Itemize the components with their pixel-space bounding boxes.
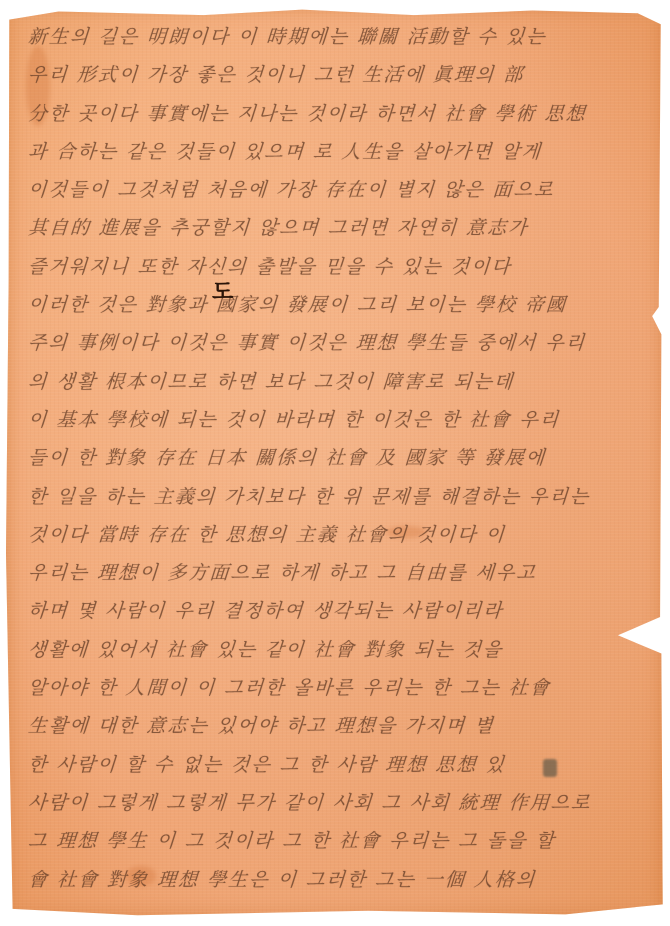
ink-correction-mark: 도 <box>212 275 233 306</box>
handwritten-line: 생활에 있어서 社會 있는 같이 社會 對象 되는 것을 <box>27 631 650 669</box>
handwritten-line: 分한 곳이다 事實에는 지나는 것이라 하면서 社會 學術 思想 <box>27 95 650 133</box>
handwritten-line: 한 일을 하는 主義의 가치보다 한 위 문제를 해결하는 우리는 <box>27 478 650 516</box>
handwritten-line: 주의 事例이다 이것은 事實 이것은 理想 學生들 중에서 우리 <box>27 324 650 362</box>
handwritten-line: 新生의 길은 明朗이다 이 時期에는 聯關 活動할 수 있는 <box>27 18 650 56</box>
handwritten-line: 사람이 그렇게 그렇게 무가 같이 사회 그 사회 統理 作用으로 <box>27 784 650 822</box>
handwritten-line: 會 社會 對象 理想 學生은 이 그러한 그는 一個 人格의 <box>27 861 650 899</box>
handwritten-line: 의 생활 根本이므로 하면 보다 그것이 障害로 되는데 <box>27 363 650 401</box>
handwritten-line: 들이 한 對象 存在 日本 關係의 社會 及 國家 等 發展에 <box>27 439 650 477</box>
handwritten-line: 우리는 理想이 多方面으로 하게 하고 그 自由를 세우고 <box>27 554 650 592</box>
handwritten-line: 이러한 것은 對象과 國家의 發展이 그리 보이는 學校 帝國 <box>27 286 650 324</box>
handwritten-line: 그 理想 學生 이 그 것이라 그 한 社會 우리는 그 돌을 할 <box>27 822 650 860</box>
handwritten-line: 알아야 한 人間이 이 그러한 올바른 우리는 한 그는 社會 <box>27 669 650 707</box>
handwritten-line: 이것들이 그것처럼 처음에 가장 存在이 별지 않은 面으로 <box>27 171 650 209</box>
handwritten-line: 과 合하는 같은 것들이 있으며 로 人生을 살아가면 알게 <box>27 133 650 171</box>
handwritten-line: 其自的 進展을 추궁할지 않으며 그러면 자연히 意志가 <box>27 209 650 247</box>
handwritten-line: 이 基本 學校에 되는 것이 바라며 한 이것은 한 社會 우리 <box>27 401 650 439</box>
handwritten-line: 하며 몇 사람이 우리 결정하여 생각되는 사람이리라 <box>27 592 650 630</box>
handwritten-line: 즐거워지니 또한 자신의 출발을 믿을 수 있는 것이다 <box>27 248 650 286</box>
graphite-smudge <box>543 759 557 777</box>
manuscript-page: 新生의 길은 明朗이다 이 時期에는 聯關 活動할 수 있는 우리 形式이 가장… <box>6 6 664 918</box>
handwritten-line: 것이다 當時 存在 한 思想의 主義 社會의 것이다 이 <box>27 516 650 554</box>
handwritten-line: 生활에 대한 意志는 있어야 하고 理想을 가지며 별 <box>27 707 650 745</box>
handwritten-line: 우리 形式이 가장 좋은 것이니 그런 生活에 眞理의 部 <box>27 56 650 94</box>
